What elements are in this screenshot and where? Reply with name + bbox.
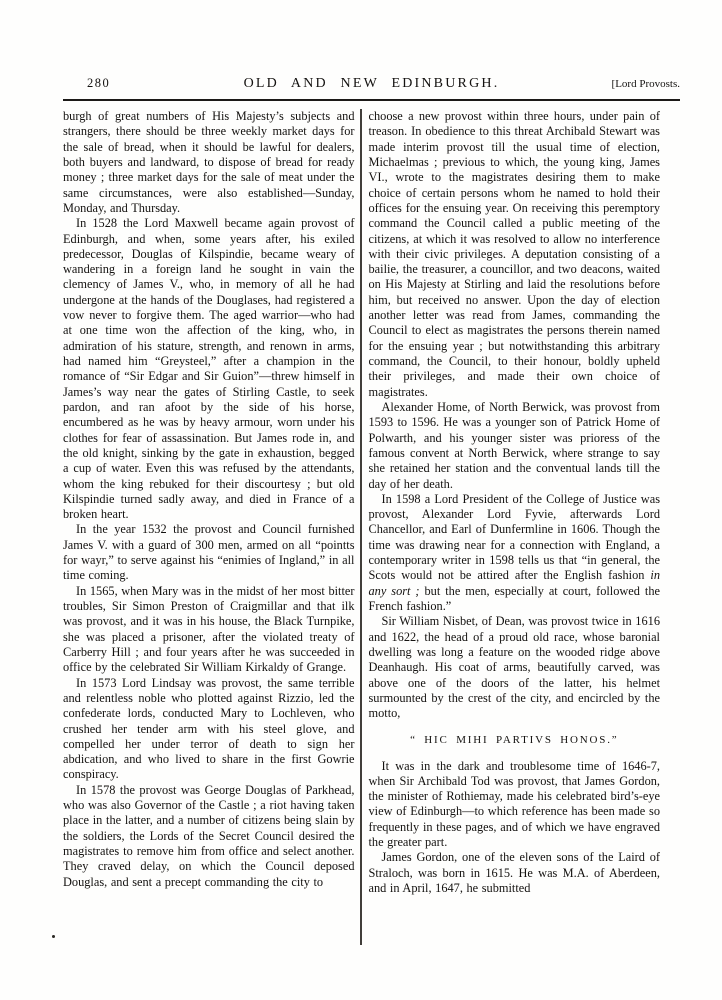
- header-rule: [63, 99, 680, 101]
- paragraph: In the year 1532 the provost and Council…: [63, 522, 355, 583]
- paragraph: Sir William Nisbet, of Dean, was provost…: [369, 614, 661, 721]
- paragraph: It was in the dark and troublesome time …: [369, 759, 661, 851]
- scan-artifact-dot: [52, 935, 55, 938]
- section-label: [Lord Provosts.: [560, 78, 680, 90]
- book-page: 280 OLD AND NEW EDINBURGH. [Lord Provost…: [0, 0, 722, 1000]
- page-header: 280 OLD AND NEW EDINBURGH. [Lord Provost…: [63, 76, 680, 92]
- motto: “ HIC MIHI PARTIVS HONOS.”: [369, 733, 661, 748]
- running-title: OLD AND NEW EDINBURGH.: [183, 76, 560, 92]
- paragraph: In 1598 a Lord President of the College …: [369, 492, 661, 615]
- paragraph: In 1528 the Lord Maxwell became again pr…: [63, 216, 355, 522]
- paragraph: Alexander Home, of North Berwick, was pr…: [369, 400, 661, 492]
- paragraph: In 1578 the provost was George Douglas o…: [63, 783, 355, 890]
- paragraph: In 1573 Lord Lindsay was provost, the sa…: [63, 676, 355, 783]
- paragraph-continuation: choose a new provost within three hours,…: [369, 109, 661, 400]
- paragraph: In 1565, when Mary was in the midst of h…: [63, 584, 355, 676]
- right-column: choose a new provost within three hours,…: [362, 109, 661, 943]
- paragraph-continuation: burgh of great numbers of His Majesty’s …: [63, 109, 355, 216]
- paragraph-segment: In 1598 a Lord President of the College …: [369, 492, 661, 583]
- paragraph: James Gordon, one of the eleven sons of …: [369, 850, 661, 896]
- left-column: burgh of great numbers of His Majesty’s …: [63, 109, 360, 943]
- page-number: 280: [63, 76, 183, 91]
- text-columns: burgh of great numbers of His Majesty’s …: [63, 109, 660, 943]
